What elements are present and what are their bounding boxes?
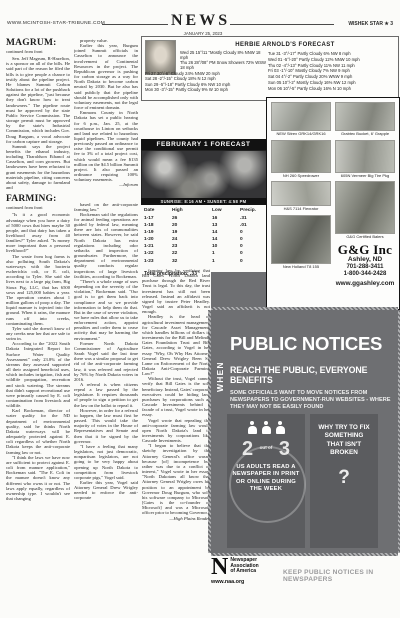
naa-url: www.naa.org	[211, 579, 283, 585]
forecast-title: HERBIE ARNOLD'S FORECAST	[176, 42, 394, 48]
cell-high: 23	[172, 244, 212, 249]
gg-inc-ad: NEW Sitrex GRK14/GRK16 NH 260 Speedrower…	[266, 97, 400, 310]
paragraph: Sen. Jeff Magrum, R-Hazelton, is a spons…	[6, 56, 70, 144]
cell-date: 1-19	[144, 230, 172, 235]
paragraph: The waste from hog farms is also polluti…	[6, 254, 70, 326]
equipment-photo	[271, 102, 331, 131]
equipment-caption: NH 260 Speedrower	[271, 174, 331, 179]
article-column-3: farming law by verifying that Bill Gates…	[142, 268, 210, 584]
magrum-body: Sen. Jeff Magrum, R-Hazelton, is a spons…	[6, 56, 70, 190]
farming-continuation: based on the anti-corporate farming law.…	[74, 202, 138, 501]
question-panel: WHY TRY TO FIX SOMETHING THAT ISN'T BROK…	[310, 414, 378, 548]
table-row: 1-21 23 10 0	[144, 244, 262, 249]
paragraph: Summit says the project benefits the eth…	[6, 144, 70, 190]
equipment-photo	[271, 215, 331, 264]
col-header-precip: Precip.	[240, 208, 262, 213]
paragraph: Earlier this year, Burgum joined Summit …	[74, 43, 138, 110]
cell-high: 22	[172, 251, 212, 256]
cell-precip: 0	[240, 230, 262, 235]
public-notices-subtext: SOME OFFICIALS WANT TO MOVE NOTICES FROM…	[230, 390, 398, 411]
col-header-date: Date	[144, 208, 172, 213]
cell-date: 1-17	[144, 216, 172, 221]
section-title: NEWS	[171, 12, 230, 30]
cell-low: 13	[212, 223, 240, 228]
sunrise-sunset-bar: SUNRISE: 8:16 AM • SUNSET: 4:58 PM	[141, 198, 266, 205]
cell-high: 26	[172, 216, 212, 221]
paragraph: According to the "2022 South Dakota Inte…	[6, 341, 70, 408]
gg-contact-block: G&G Inc Ashley, ND 701-288-3411 1-800-34…	[335, 243, 395, 288]
farming-headline: FARMING:	[6, 194, 70, 204]
public-notices-ad: WHEN PUBLIC NOTICES REACH THE PUBLIC, EV…	[211, 310, 398, 553]
question-mark: ?	[310, 467, 378, 489]
article-column-2: property value.Earlier this year, Burgum…	[74, 38, 138, 583]
gg-ad-item: 605N Vermeer Big Tire Pkg	[335, 140, 395, 179]
paragraph: Headley is the head of agricultural inve…	[142, 314, 210, 376]
february-forecast-banner: FEBRURARY 1 FORECAST	[141, 139, 266, 150]
cell-date: 1-20	[144, 237, 172, 242]
cell-date: 1-18	[144, 223, 172, 228]
cell-high: 32	[172, 259, 212, 264]
table-row: 1-18 20 13 .01	[144, 223, 262, 228]
equipment-photo	[335, 102, 395, 131]
farming-body: "Is it a good economic advantage when yo…	[6, 212, 70, 501]
edition-page-number: WISHEK STAR ★ 3	[348, 21, 393, 27]
high-plains-reader-attribution: —High Plains Reader	[142, 516, 210, 521]
cell-high: 24	[172, 237, 212, 242]
torn-edge	[211, 307, 398, 310]
col-header-low: Low	[212, 208, 240, 213]
paragraph: Emmons County in North Dakota has set a …	[74, 110, 138, 182]
cell-precip: 0	[240, 251, 262, 256]
cell-precip: 0	[240, 237, 262, 242]
paragraph: "I have a feeling that many legislators,…	[74, 444, 138, 480]
paragraph: Vogel wrote that repealing the anti-corp…	[142, 418, 210, 444]
forecast-line: Mon 30 -3°/-15° Partly Cloudy 9% W 10 mp…	[145, 87, 267, 92]
forecast-map-image	[141, 150, 268, 199]
when-vertical-label: WHEN	[215, 361, 225, 392]
paragraph: A referral is when citizens repeal a law…	[74, 382, 138, 408]
cell-precip: 0	[240, 259, 262, 264]
magrum-headline: MAGRUM:	[6, 38, 70, 48]
gg-phone-1: 701-288-3411	[335, 264, 395, 272]
forecast-lines-beside-photo: Wed 25 15°/11 "Mostly Cloudy 8% NNW 18 m…	[180, 51, 266, 71]
person-icon	[276, 421, 285, 434]
masthead-website: WWW.MCINTOSH-STAR-TRIBUNE.COM	[7, 21, 105, 26]
gg-ad-item: G&G Certified Balers	[335, 181, 395, 240]
gg-ad-item: Grabtec Bucket, 6' Grapple	[335, 102, 395, 137]
table-row: 1-22 22 1 0	[144, 251, 262, 256]
cell-precip: .31	[240, 216, 262, 221]
public-notices-headline: PUBLIC NOTICES	[230, 334, 398, 353]
magrum-continuation: property value.Earlier this year, Burgum…	[74, 38, 138, 182]
forecast-line: Thu 26 28°/08° PM Snow Showers 72% WSW 1…	[180, 61, 266, 71]
gg-website: www.ggashley.com	[335, 279, 395, 288]
paragraph: However, in order for a referral to happ…	[74, 408, 138, 444]
naa-name: Newspaper Association of America	[230, 556, 258, 575]
people-icons-row	[227, 414, 305, 434]
gg-ad-item: NEW Sitrex GRK14/GRK16	[271, 102, 331, 137]
person-icon	[262, 421, 271, 434]
table-row: 1-23 32 1 0	[144, 259, 262, 264]
person-icon	[248, 421, 257, 434]
paragraph: farming law by verifying that Bill Gates…	[142, 268, 210, 314]
equipment-photo	[271, 181, 331, 206]
cell-precip: .01	[240, 223, 262, 228]
masthead-rule-left	[102, 24, 168, 25]
article-column-1: MAGRUM: continued from front Sen. Jeff M…	[6, 38, 70, 583]
cell-low: 16	[212, 216, 240, 221]
paragraph: Former North Dakota Commissioner of Agri…	[74, 341, 138, 382]
equipment-caption: H&S 7114 Flexrator	[271, 207, 331, 212]
paragraph: Without the trust, Vogel cannot verify t…	[142, 376, 210, 417]
gg-ad-item: NH 260 Speedrower	[271, 140, 331, 179]
col-header-high: High	[172, 208, 212, 213]
cell-date: 1-22	[144, 251, 172, 256]
keep-public-notices-slogan: KEEP PUBLIC NOTICES IN NEWSPAPERS	[283, 569, 398, 583]
farming-continuation-2: farming law by verifying that Bill Gates…	[142, 268, 210, 516]
paragraph: Earlier this year, Vogel said Attorney G…	[74, 480, 138, 501]
cell-high: 19	[172, 230, 212, 235]
gg-ad-left-column: NEW Sitrex GRK14/GRK16 NH 260 Speedrower…	[271, 102, 331, 272]
highlight-circle	[229, 446, 306, 523]
gg-ad-item: New Holland T8 155	[271, 215, 331, 270]
magrum-continued-note: continued from front	[6, 49, 70, 54]
cell-low: 10	[212, 244, 240, 249]
gg-ad-right-items: Grabtec Bucket, 6' Grapple 605N Vermeer …	[335, 102, 395, 240]
cell-low: 1	[212, 251, 240, 256]
forecast-lines-right: Tue 31 -3°/-17° Partly Cloudy 6% NW 8 mp…	[268, 51, 396, 92]
naa-logo-block: N Newspaper Association of America www.n…	[211, 556, 283, 585]
newspaper-page: WWW.MCINTOSH-STAR-TRIBUNE.COM NEWS JANUA…	[0, 0, 400, 618]
public-notices-subheadline: REACH THE PUBLIC, EVERYONE BENEFITS	[230, 365, 400, 385]
paragraph: Karl Bockeman, director of water quality…	[6, 408, 70, 454]
herbie-arnold-photo	[145, 40, 176, 75]
farming-continued-note: continued from front	[6, 205, 70, 210]
equipment-caption: 605N Vermeer Big Tire Pkg	[335, 174, 395, 179]
cell-high: 20	[172, 223, 212, 228]
equipment-caption: G&G Certified Balers	[335, 235, 395, 240]
weather-table-rows: 1-17 26 16 .31 1-18 20 13 .01 1-19 19 14	[144, 216, 262, 264]
equipment-caption: Grabtec Bucket, 6' Grapple	[335, 132, 395, 137]
paragraph: Tyler said she doesn't know of any creek…	[6, 326, 70, 341]
weather-table-header: Date High Low Precip.	[144, 208, 262, 213]
paragraph: "I began to believe that the sketchy inv…	[142, 443, 210, 515]
paragraph: "Is it a good economic advantage when yo…	[6, 212, 70, 253]
gg-city: Ashley, ND	[335, 256, 395, 264]
stat-panel: 2 out of 3 US ADULTS READ A NEWSPAPER IN…	[227, 414, 305, 548]
gg-company-name: G&G Inc	[335, 243, 395, 256]
equipment-photo	[335, 181, 395, 234]
paragraph: "I think the laws we have now are suffic…	[6, 455, 70, 501]
forecast-line: Mon 06 10°/-5° Partly Cloudy 16% N 10 mp…	[268, 86, 396, 92]
naa-name-line: of America	[230, 569, 258, 575]
naa-logo-icon: N	[211, 556, 228, 578]
cell-low: 14	[212, 230, 240, 235]
equipment-caption: New Holland T8 155	[271, 265, 331, 270]
masthead-rule-right	[230, 24, 334, 25]
gg-ad-item: H&S 7114 Flexrator	[271, 181, 331, 212]
cell-low: 1	[212, 259, 240, 264]
weather-table: Date High Low Precip. 1-17 26 16 .31 1-1…	[144, 208, 262, 277]
paragraph: Bockeman said the regulations for animal…	[74, 212, 138, 279]
table-row: 1-20 24 14 0	[144, 237, 262, 242]
cell-low: 14	[212, 237, 240, 242]
gg-phone-2: 1-800-344-2428	[335, 271, 395, 279]
column-gap	[74, 188, 138, 202]
equipment-caption: NEW Sitrex GRK14/GRK16	[271, 132, 331, 137]
cell-precip: 0	[240, 244, 262, 249]
equipment-photo	[335, 140, 395, 173]
cell-date: 1-23	[144, 259, 172, 264]
paragraph: "There's a whole range of uses depending…	[74, 279, 138, 341]
equipment-photo	[271, 140, 331, 173]
paragraph: based on the anti-corporate farming law.…	[74, 202, 138, 212]
cell-date: 1-21	[144, 244, 172, 249]
torn-edge	[208, 310, 211, 553]
table-row: 1-19 19 14 0	[144, 230, 262, 235]
gg-ad-right-column: Grabtec Bucket, 6' Grapple 605N Vermeer …	[335, 102, 395, 288]
table-row: 1-17 26 16 .31	[144, 216, 262, 221]
question-text: WHY TRY TO FIX SOMETHING THAT ISN'T BROK…	[310, 414, 378, 458]
forecast-lines-left: Fri 27 30°/-6° Cloudy 24% NNW 20 mphSat …	[145, 71, 267, 93]
